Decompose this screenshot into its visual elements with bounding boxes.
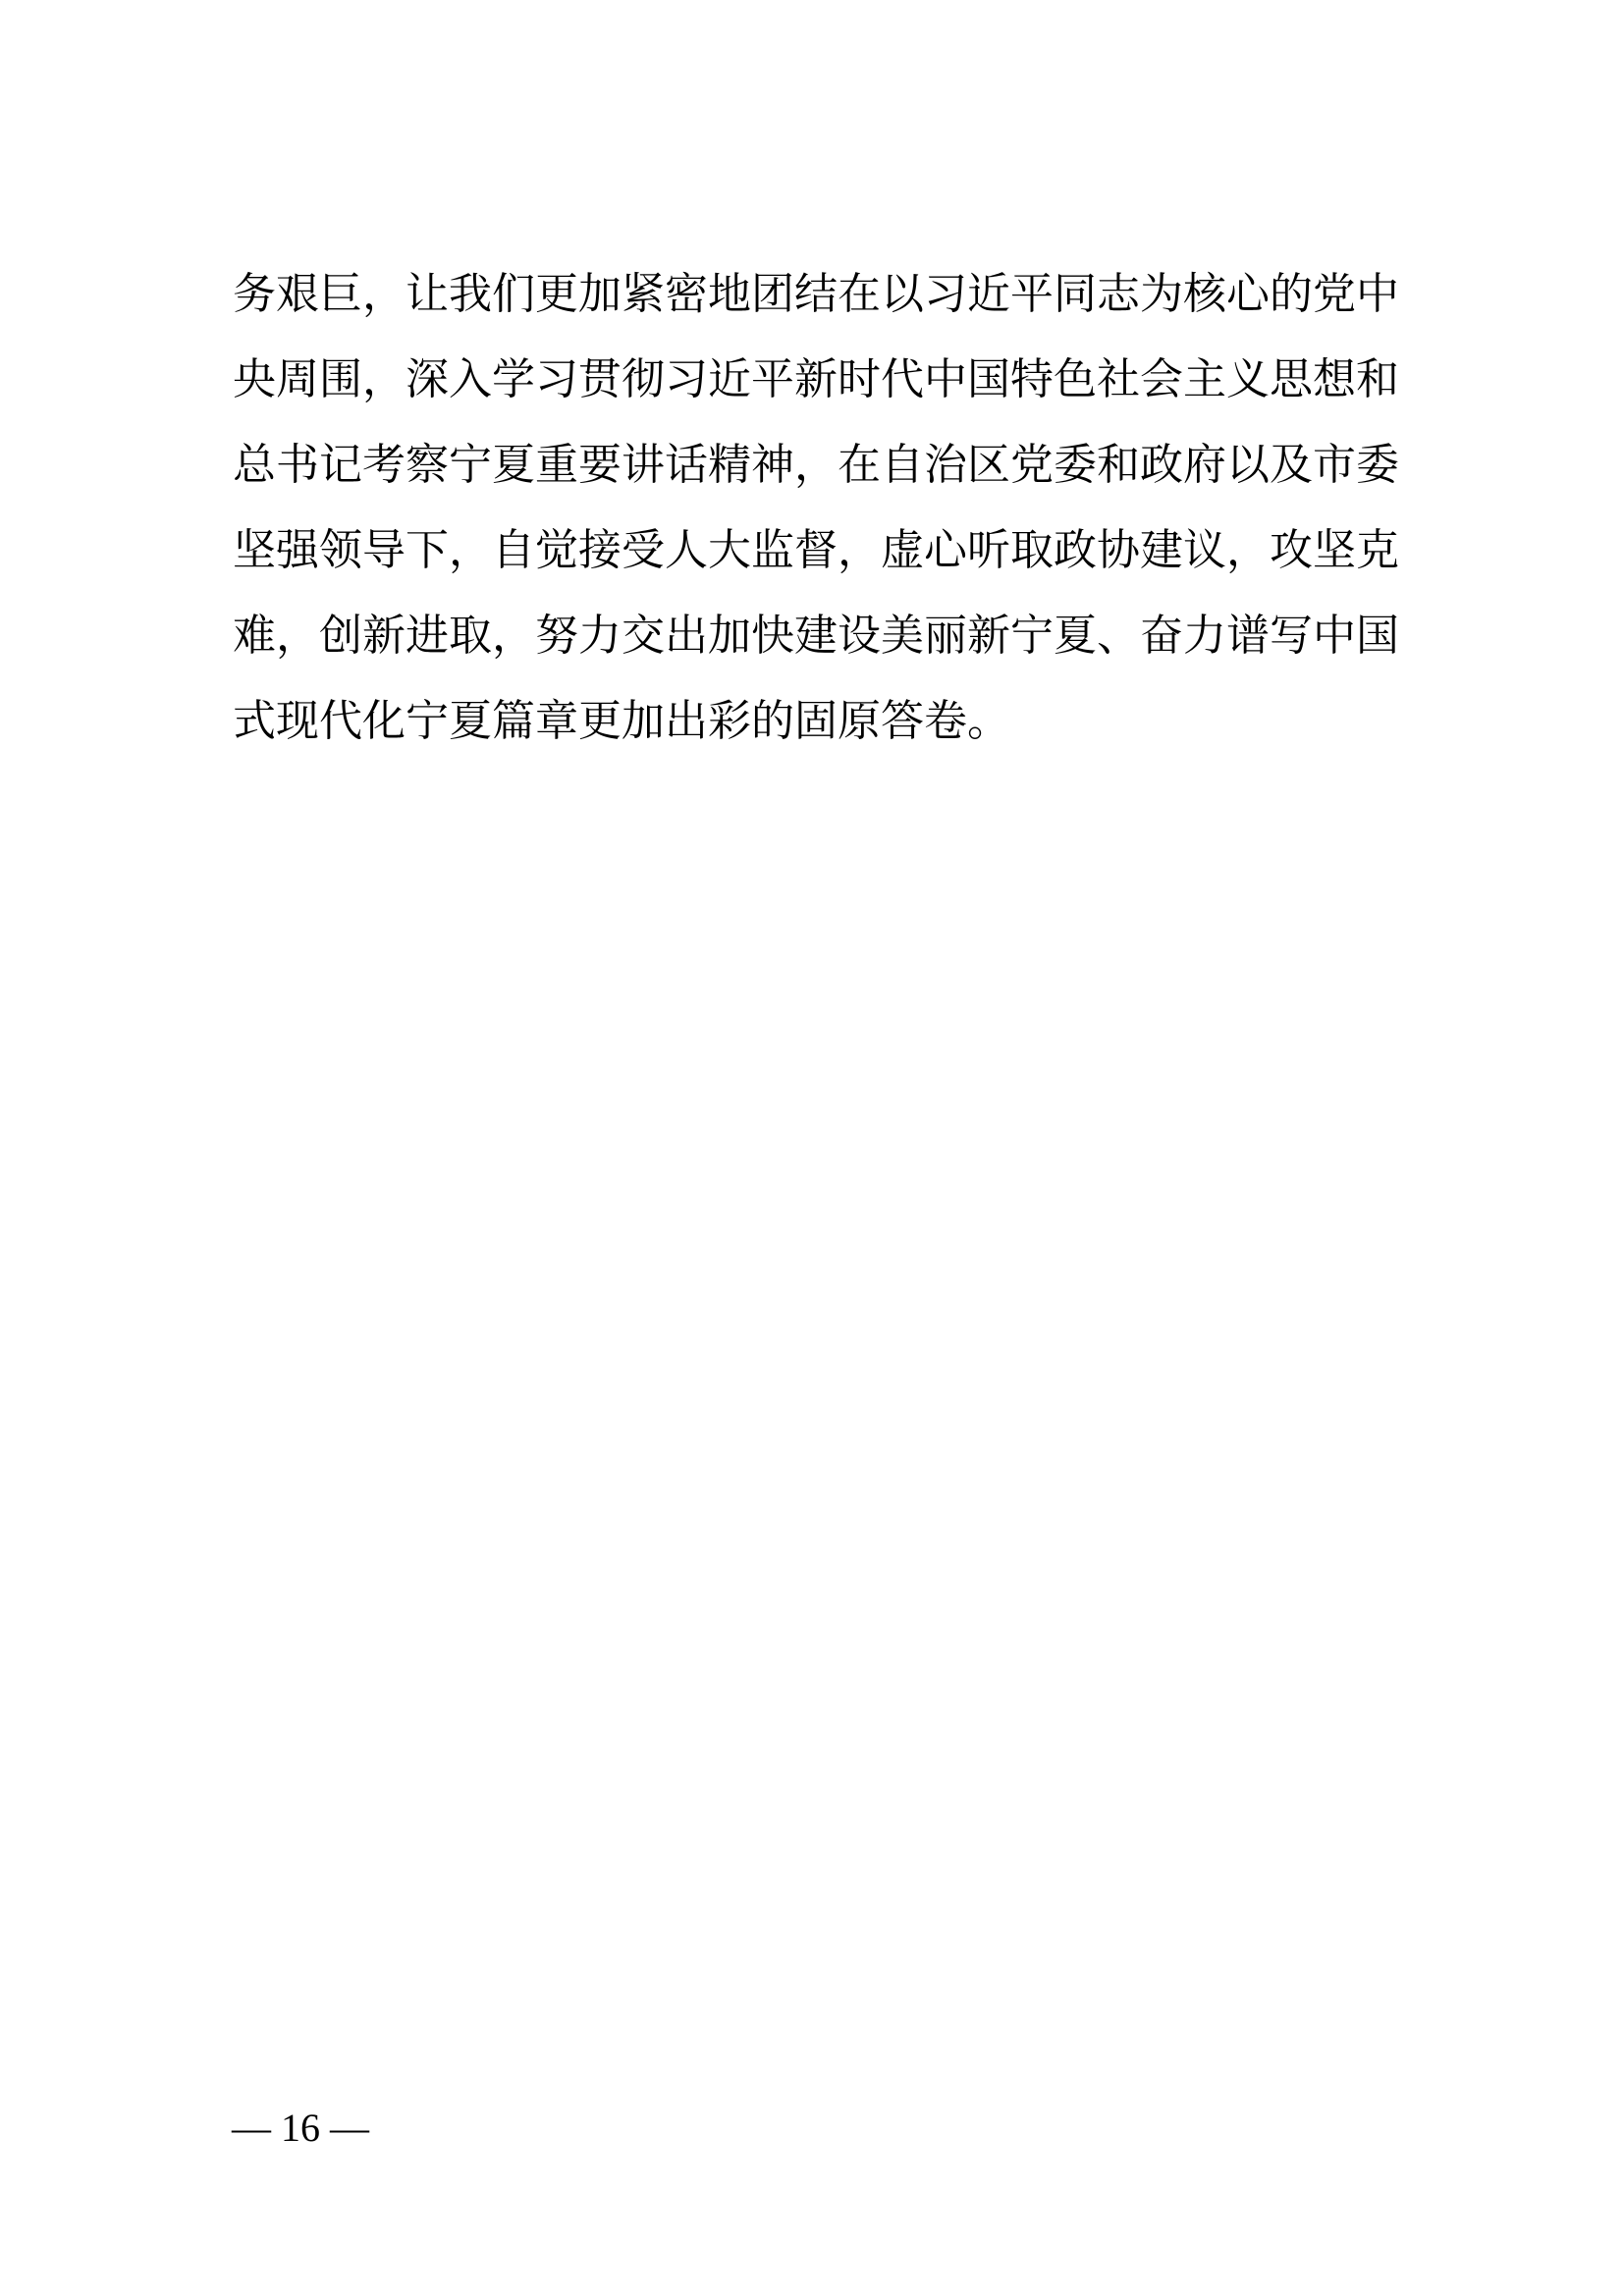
text-line: 式现代化宁夏篇章更加出彩的固原答卷。 (233, 678, 1411, 764)
page-number: — 16 — (232, 2104, 369, 2153)
body-paragraph: 务艰巨，让我们更加紧密地团结在以习近平同志为核心的党中 央周围，深入学习贯彻习近… (233, 251, 1411, 764)
text-line: 难，创新进取，努力交出加快建设美丽新宁夏、奋力谱写中国 (233, 593, 1411, 678)
document-page: 务艰巨，让我们更加紧密地团结在以习近平同志为核心的党中 央周围，深入学习贯彻习近… (0, 0, 1623, 2296)
text-line: 央周围，深入学习贯彻习近平新时代中国特色社会主义思想和 (233, 337, 1411, 422)
text-line: 务艰巨，让我们更加紧密地团结在以习近平同志为核心的党中 (233, 251, 1411, 337)
text-line: 坚强领导下，自觉接受人大监督，虚心听取政协建议，攻坚克 (233, 507, 1411, 593)
text-line: 总书记考察宁夏重要讲话精神，在自治区党委和政府以及市委 (233, 422, 1411, 507)
